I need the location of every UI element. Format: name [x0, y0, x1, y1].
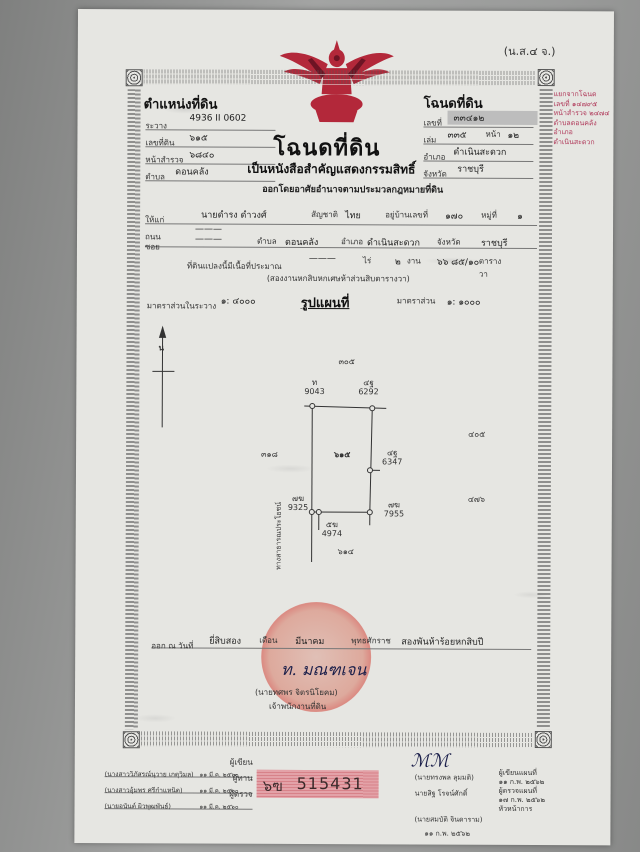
plot-number: ๖๑๕	[334, 448, 350, 461]
signer-3-name: (นายสมบัติ จินดาราม)	[414, 814, 482, 825]
issuance-row: ออก ณ วันที่ ยี่สิบสอง เดือน มีนาคม พุทธ…	[151, 633, 531, 650]
staff-signatures: (นางสาววิภัสรณ์นุวาย เกตุวิมล) ผู้เขียน …	[105, 761, 253, 810]
north-label: น	[158, 341, 164, 354]
neighbor-east-upper: ๔๐๕	[468, 428, 485, 441]
border-corner-ornament	[535, 731, 552, 748]
marker-4974: ๕ฆ4974	[322, 520, 342, 538]
border-bottom	[141, 731, 533, 748]
marker-6292: ๔ฐ6292	[358, 378, 378, 396]
writer-row: (นางสาววิภัสรณ์นุวาย เกตุวิมล) ผู้เขียน …	[105, 761, 253, 778]
land-title-deed: (น.ส.๔ จ.) ตำแหน่งที่ดิน ระวาง 4936 II 0…	[74, 9, 614, 845]
neighbor-north: ๓๐๕	[338, 355, 354, 368]
signer-1-name: (นายทรงพล ลุมมติ)	[415, 772, 474, 783]
officer-name: (นายทศพร จิตรนิโยคม)	[255, 686, 338, 699]
border-corner-ornament	[123, 731, 140, 748]
plot-map	[76, 9, 614, 571]
neighbor-west: ๓๑๘	[261, 448, 278, 461]
serial-prefix: ๖ฃ	[263, 774, 283, 798]
officer-signature: ท. มณฑเจน	[281, 658, 366, 683]
checker-row: (นายอนันต์ ผิวพุฒพันธ์) ผู้ตรวจ ๑๑ มี.ค.…	[105, 793, 253, 810]
signer-3-date: ๑๑ ก.พ. ๒๕๖๒	[424, 829, 470, 840]
serial-number: 515431	[297, 774, 364, 793]
neighbor-east-lower: ๔๗๖	[468, 493, 485, 506]
public-road-label: ทางสาธารณประโยชน์	[274, 502, 285, 570]
map-writer-signature: ℳℳ	[411, 750, 450, 771]
map-notes: ผู้เขียนแผนที่ ๑๑ ก.พ. ๒๕๖๒ ผู้ตรวจแผนที…	[498, 769, 545, 814]
marker-7955: ๗ฆ7955	[384, 500, 404, 518]
signer-2-name: นายสิฐ โรจน์ศักดิ์	[415, 788, 468, 799]
marker-9325: ๗ฆ9325	[288, 494, 308, 512]
marker-6347: ๔ฐ6347	[382, 448, 402, 466]
marker-9043: ท9043	[304, 378, 324, 396]
officer-title: เจ้าพนักงานที่ดิน	[269, 700, 326, 713]
neighbor-south: ๖๑๔	[338, 545, 354, 558]
serial-number-strip: ๖ฃ 515431	[257, 770, 379, 799]
